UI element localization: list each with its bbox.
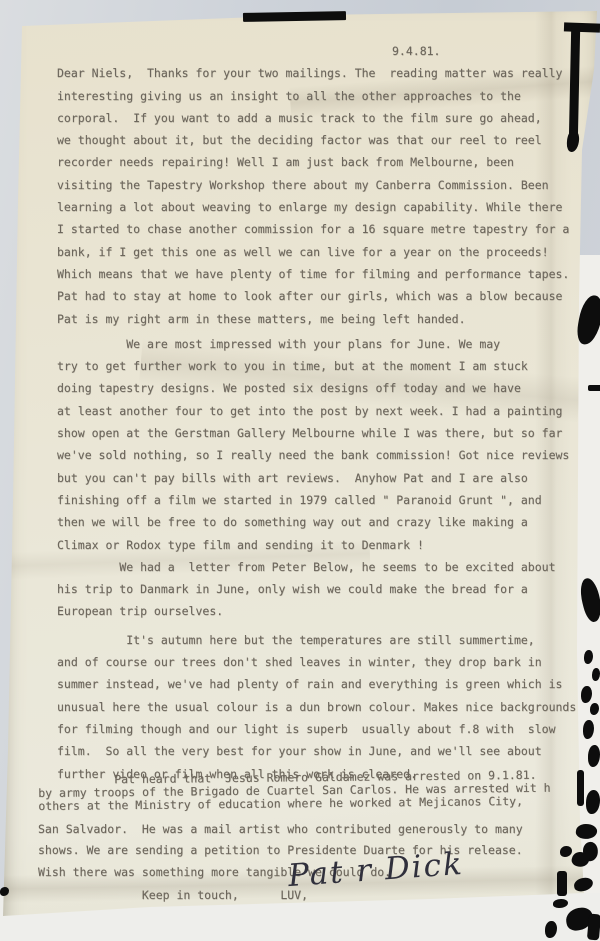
letter-line: try to get further work to you in time, …: [57, 355, 597, 377]
letter-line: 9.4.81.: [392, 40, 597, 62]
ink-bar-top: [243, 11, 346, 22]
letter-line: interesting giving us an insight to all …: [57, 85, 597, 107]
letter-line: San Salvador. He was a mail artist who c…: [38, 819, 597, 841]
letter-paragraph: We had a letter from Peter Below, he see…: [57, 556, 597, 623]
ink-corner-horizontal: [564, 22, 600, 32]
letter-line: Climax or Rodox type film and sending it…: [57, 534, 597, 556]
letter-line: visiting the Tapestry Workshop there abo…: [57, 174, 597, 196]
letter-line: we thought about it, but the deciding fa…: [57, 129, 597, 151]
ink-dash: [588, 385, 600, 391]
letter-paragraph: Dear Niels, Thanks for your two mailings…: [57, 62, 597, 330]
letter-line: we've sold nothing, so I really need the…: [57, 444, 597, 466]
letter-paragraph: It's autumn here but the temperatures ar…: [57, 629, 597, 785]
letter-line: We had a letter from Peter Below, he see…: [57, 556, 597, 578]
letter-date: 9.4.81.: [57, 40, 597, 62]
letter-line: corporal. If you want to add a music tra…: [57, 107, 597, 129]
letter-line: Dear Niels, Thanks for your two mailings…: [57, 62, 597, 84]
letter-paragraph: Pat heard that Jesus Romero Galdamez was…: [38, 768, 597, 813]
letter-line: show open at the Gerstman Gallery Melbou…: [57, 422, 597, 444]
letter-line: It's autumn here but the temperatures ar…: [57, 629, 597, 651]
letter-paragraph: We are most impressed with your plans fo…: [57, 333, 597, 556]
ink-stroke: [587, 914, 600, 941]
letter-line: Pat had to stay at home to look after ou…: [57, 285, 597, 307]
letter-line: summer instead, we've had plenty of rain…: [57, 673, 597, 695]
letter-line: We are most impressed with your plans fo…: [57, 333, 597, 355]
letter-line: European trip ourselves.: [57, 600, 597, 622]
letter-line: bank, if I get this one as well we can l…: [57, 241, 597, 263]
ink-stroke: [577, 770, 584, 806]
letter-line: unusual here the usual colour is a dun b…: [57, 696, 597, 718]
letter-line: Which means that we have plenty of time …: [57, 263, 597, 285]
scanned-letter-photo: 9.4.81.Dear Niels, Thanks for your two m…: [0, 0, 600, 941]
letter-line: film. So all the very best for your show…: [57, 740, 597, 762]
letter-line: for filming though and our light is supe…: [57, 718, 597, 740]
letter-line: recorder needs repairing! Well I am just…: [57, 151, 597, 173]
letter-line: I started to chase another commission fo…: [57, 218, 597, 240]
ink-stroke: [557, 871, 567, 896]
letter-body: 9.4.81.Dear Niels, Thanks for your two m…: [57, 40, 597, 906]
letter-line: Pat is my right arm in these matters, me…: [57, 308, 597, 330]
letter-paper: 9.4.81.Dear Niels, Thanks for your two m…: [0, 0, 600, 941]
letter-line: at least another four to get into the po…: [57, 400, 597, 422]
letter-line: then we will be free to do something way…: [57, 511, 597, 533]
letter-line: and of course our trees don't shed leave…: [57, 651, 597, 673]
letter-line: doing tapestry designs. We posted six de…: [57, 377, 597, 399]
letter-line: but you can't pay bills with art reviews…: [57, 467, 597, 489]
letter-line: learning a lot about weaving to enlarge …: [57, 196, 597, 218]
letter-line: his trip to Danmark in June, only wish w…: [57, 578, 597, 600]
letter-line: finishing off a film we started in 1979 …: [57, 489, 597, 511]
